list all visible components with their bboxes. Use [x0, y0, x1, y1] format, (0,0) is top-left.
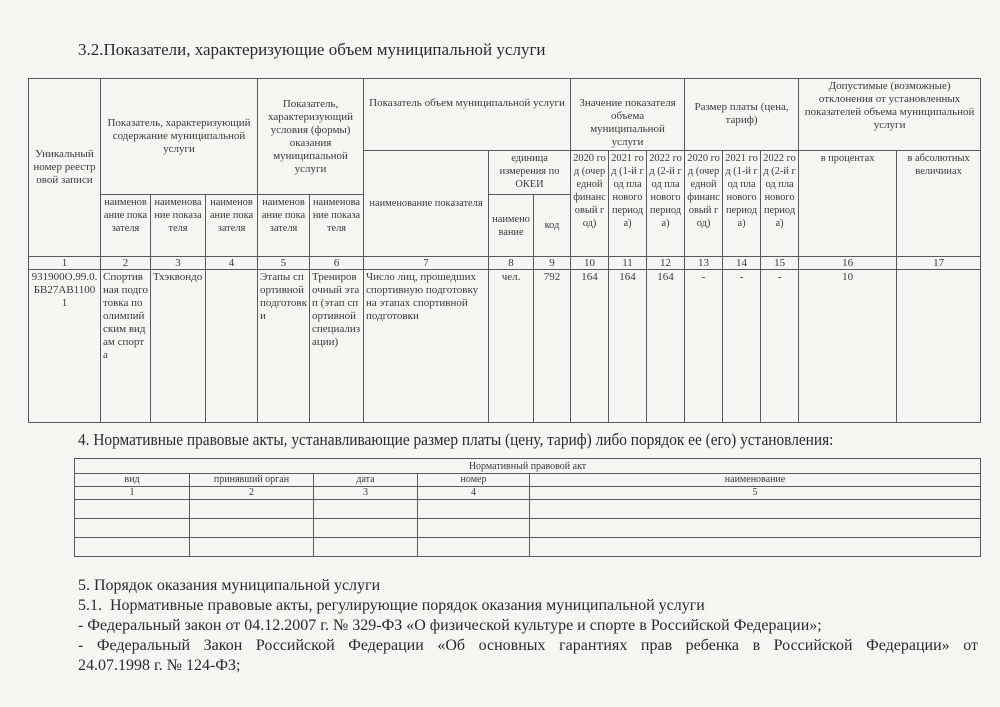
col-num: 3: [151, 257, 206, 270]
col-header-name: наименование: [530, 474, 981, 487]
col-num: 16: [799, 257, 897, 270]
column-numbers-row: 1 2 3 4 5 6 7 8 9 10 11 12 13 14 15 16 1…: [29, 257, 981, 270]
table-row: 931900О.99.0.БВ27АВ11001 Спортивная подг…: [29, 270, 981, 423]
header-fee-year-2022: 2022 год (2-й год планового периода): [761, 151, 799, 257]
col-num: 2: [190, 487, 314, 500]
col-header-type: вид: [75, 474, 190, 487]
cell-fee-2020: -: [685, 270, 723, 423]
legal-act-item: - Федеральный Закон Российской Федерации…: [78, 636, 978, 656]
cell-fee-2022: -: [761, 270, 799, 423]
cell-conditions-2: Тренировочный этап (этап спортивной спец…: [310, 270, 364, 423]
col-num: 4: [418, 487, 530, 500]
header-indicator-name: наименование показателя: [364, 151, 489, 257]
legal-act-header: Нормативный правовой акт: [75, 459, 981, 474]
legal-act-item: - Федеральный закон от 04.12.2007 г. № 3…: [78, 616, 978, 636]
col-num: 1: [75, 487, 190, 500]
col-num: 17: [897, 257, 981, 270]
cell-indicator-name: Число лиц, прошедших спортивную подготов…: [364, 270, 489, 423]
cell-fee-2021: -: [723, 270, 761, 423]
section-3-2-title: 3.2.Показатели, характеризующие объем му…: [78, 40, 546, 60]
header-okei-unit: единица измерения по ОКЕИ: [489, 151, 571, 195]
cell-content-1: Спортивная подготовка по олимпийским вид…: [101, 270, 151, 423]
col-num: 2: [101, 257, 151, 270]
header-in-absolute: в абсолютных величинах: [897, 151, 981, 257]
volume-indicators-table: Уникальный номер реестровой записи Показ…: [28, 78, 981, 423]
header-conditions-indicator: Показатель, характеризующий условия (фор…: [258, 79, 364, 195]
col-num: 11: [609, 257, 647, 270]
legal-act-item: 24.07.1998 г. № 124-ФЗ;: [78, 656, 978, 676]
header-in-percent: в процентах: [799, 151, 897, 257]
header-year-2022: 2022 год (2-й год планового периода): [647, 151, 685, 257]
header-content-name-1: наименование показателя: [101, 195, 151, 257]
cell-value-2020: 164: [571, 270, 609, 423]
header-fee-year-2020: 2020 год (очередной финансовый год): [685, 151, 723, 257]
header-okei-name: наименование: [489, 195, 534, 257]
col-header-number: номер: [418, 474, 530, 487]
col-num: 7: [364, 257, 489, 270]
section-5-title: 5. Порядок оказания муниципальной услуги: [78, 576, 978, 596]
header-content-indicator: Показатель, характеризующий содержание м…: [101, 79, 258, 195]
col-num: 12: [647, 257, 685, 270]
col-num: 15: [761, 257, 799, 270]
col-num: 9: [534, 257, 571, 270]
table-row: [75, 500, 981, 519]
col-num: 6: [310, 257, 364, 270]
header-conditions-name-1: наименование показателя: [258, 195, 310, 257]
cell-conditions-1: Этапы спортивной подготовки: [258, 270, 310, 423]
section-5: 5. Порядок оказания муниципальной услуги…: [78, 576, 978, 676]
cell-okei-name: чел.: [489, 270, 534, 423]
col-num: 5: [258, 257, 310, 270]
col-num: 3: [314, 487, 418, 500]
col-num: 4: [206, 257, 258, 270]
header-volume-value: Значение показателя объема муниципальной…: [571, 79, 685, 151]
cell-deviation-absolute: [897, 270, 981, 423]
col-header-date: дата: [314, 474, 418, 487]
header-volume-indicator: Показатель объем муниципальной услуги: [364, 79, 571, 151]
legal-acts-table: Нормативный правовой акт вид принявший о…: [74, 458, 981, 557]
col-num: 5: [530, 487, 981, 500]
col-num: 13: [685, 257, 723, 270]
cell-unique-number: 931900О.99.0.БВ27АВ11001: [29, 270, 101, 423]
table-row: [75, 519, 981, 538]
header-unique-number: Уникальный номер реестровой записи: [29, 79, 101, 257]
cell-content-3: [206, 270, 258, 423]
col-num: 1: [29, 257, 101, 270]
cell-value-2022: 164: [647, 270, 685, 423]
col-header-authority: принявший орган: [190, 474, 314, 487]
header-year-2020: 2020 год (очередной финансовый год): [571, 151, 609, 257]
table-row: [75, 538, 981, 557]
cell-content-2: Тхэквондо: [151, 270, 206, 423]
header-deviations: Допустимые (возможные) отклонения от уст…: [799, 79, 981, 151]
cell-deviation-percent: 10: [799, 270, 897, 423]
header-conditions-name-2: наименование показателя: [310, 195, 364, 257]
header-fee-year-2021: 2021 год (1-й год планового периода): [723, 151, 761, 257]
cell-value-2021: 164: [609, 270, 647, 423]
header-fee: Размер платы (цена, тариф): [685, 79, 799, 151]
header-content-name-3: наименование показателя: [206, 195, 258, 257]
section-5-1-subtitle: 5.1. Нормативные правовые акты, регулиру…: [78, 596, 978, 616]
col-num: 10: [571, 257, 609, 270]
col-num: 8: [489, 257, 534, 270]
cell-okei-code: 792: [534, 270, 571, 423]
header-okei-code: код: [534, 195, 571, 257]
col-num: 14: [723, 257, 761, 270]
header-content-name-2: наименование показателя: [151, 195, 206, 257]
header-year-2021: 2021 год (1-й год планового периода): [609, 151, 647, 257]
section-4-title: 4. Нормативные правовые акты, устанавлив…: [78, 430, 833, 450]
